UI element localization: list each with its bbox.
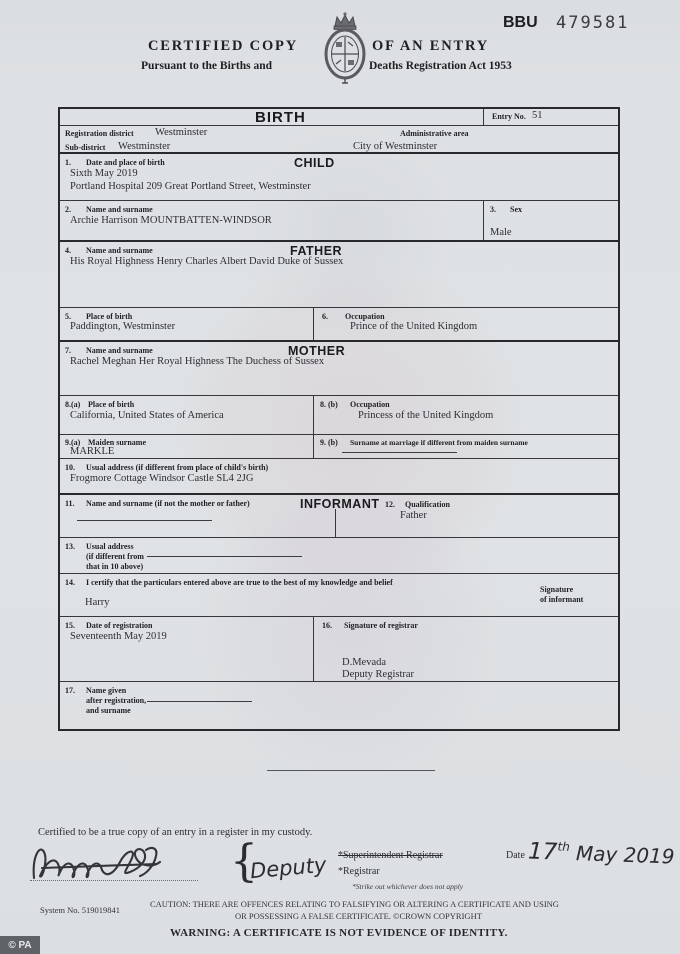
row-7-label: Name and surname [86, 346, 153, 355]
row-13-number: 13. [65, 542, 75, 551]
row-1-label: Date and place of birth [86, 158, 165, 167]
row-15-16-registration: 15. Date of registration Seventeenth May… [60, 617, 618, 682]
row-12-number: 12. [385, 500, 395, 509]
row-8-birthplace-occupation: 8.(a) Place of birth California, United … [60, 396, 618, 435]
row-2-number: 2. [65, 205, 71, 214]
row-12-value: Father [400, 510, 427, 521]
row-1-number: 1. [65, 158, 71, 167]
row-10-label: Usual address (if different from place o… [86, 463, 268, 472]
date-label: Date [506, 850, 525, 861]
row-13-blank-line [147, 555, 302, 557]
row-8b-value: Princess of the United Kingdom [358, 410, 493, 421]
row-6-label: Occupation [345, 312, 385, 321]
divider [483, 201, 484, 240]
row-7-number: 7. [65, 346, 71, 355]
row-11-12-informant: 11. Name and surname (if not the mother … [60, 495, 618, 538]
row-sub-district: Sub-district Westminster City of Westmin… [60, 140, 618, 154]
row-9b-number: 9. (b) [320, 438, 338, 447]
row-14-number: 14. [65, 578, 75, 587]
row-11-label: Name and surname (if not the mother or f… [86, 499, 250, 508]
row-2-value: Archie Harrison MOUNTBATTEN-WINDSOR [70, 215, 272, 226]
birth-certificate-page: CERTIFIED COPY Pursuant to the Births an… [0, 0, 680, 954]
date-handwritten: 17th May 2019 [528, 838, 675, 869]
row-14-label: I certify that the particulars entered a… [86, 578, 393, 587]
serial-number: 479581 [556, 13, 629, 33]
administrative-area-value: City of Westminster [353, 141, 437, 152]
row-17-label-line3: and surname [86, 706, 131, 715]
pa-credit-badge: © PA [0, 936, 40, 954]
royal-coat-of-arms-icon [315, 10, 375, 93]
row-1-place: Portland Hospital 209 Great Portland Str… [70, 181, 311, 192]
caution-line-2: OR POSSESSING A FALSE CERTIFICATE. ©CROW… [235, 911, 482, 921]
section-child: CHILD [294, 156, 335, 170]
row-13-usual-address: 13. Usual address (if different from tha… [60, 538, 618, 574]
sub-district-label: Sub-district [65, 143, 105, 152]
caution-line-1: CAUTION: THERE ARE OFFENCES RELATING TO … [150, 899, 559, 909]
row-10-number: 10. [65, 463, 75, 472]
registrar-label: *Registrar [338, 866, 380, 877]
row-17-number: 17. [65, 686, 75, 695]
divider [335, 509, 336, 537]
row-title: BIRTH Entry No. 51 [60, 109, 618, 126]
row-13-label-line3: that in 10 above) [86, 562, 143, 571]
row-4-label: Name and surname [86, 246, 153, 255]
strike-out-note: *Strike out whichever does not apply [352, 882, 463, 891]
warning-text: WARNING: A CERTIFICATE IS NOT EVIDENCE O… [170, 927, 508, 939]
entry-no-label: Entry No. [492, 112, 526, 121]
row-17-name-given: 17. Name given after registration, and s… [60, 682, 618, 729]
divider [313, 396, 314, 434]
row-5-6-birth-occupation: 5. Place of birth Paddington, Westminste… [60, 308, 618, 342]
row-6-number: 6. [322, 312, 328, 321]
deputy-handwritten: Deputy [249, 853, 327, 884]
signature-dotted-line [30, 880, 198, 881]
registration-district-label: Registration district [65, 129, 134, 138]
row-3-number: 3. [490, 205, 496, 214]
divider [483, 109, 484, 125]
date-month-year: May 2019 [569, 841, 675, 869]
row-1-date: Sixth May 2019 [70, 168, 138, 179]
header-pursuant: Pursuant to the Births and [141, 60, 272, 72]
row-9a-value: MARKLE [70, 446, 114, 457]
row-10-value: Frogmore Cottage Windsor Castle SL4 2JG [70, 473, 253, 484]
row-2-3-name-sex: 2. Name and surname Archie Harrison MOUN… [60, 201, 618, 242]
row-3-label: Sex [510, 205, 522, 214]
row-14-value: Harry [85, 597, 110, 608]
row-9-maiden-surname: 9.(a) Maiden surname MARKLE 9. (b) Surna… [60, 435, 618, 459]
row-6-value: Prince of the United Kingdom [350, 321, 477, 332]
row-15-number: 15. [65, 621, 75, 630]
row-10-usual-address: 10. Usual address (if different from pla… [60, 459, 618, 495]
row-13-label-line1: Usual address [86, 542, 134, 551]
registration-district-value: Westminster [155, 127, 207, 138]
row-9b-label: Surname at marriage if different from ma… [350, 438, 528, 447]
row-14-signature-label-2: of informant [540, 595, 583, 604]
date-day: 17 [528, 838, 558, 865]
header-of-an-entry: OF AN ENTRY [372, 38, 489, 55]
row-8a-label: Place of birth [88, 400, 134, 409]
row-4-value: His Royal Highness Henry Charles Albert … [70, 256, 343, 267]
row-16-registrar-title: Deputy Registrar [342, 669, 414, 680]
row-9b-blank-line [342, 451, 457, 453]
certify-statement: Certified to be a true copy of an entry … [38, 827, 312, 838]
row-8a-value: California, United States of America [70, 410, 224, 421]
row-1-date-place-of-birth: 1. Date and place of birth CHILD Sixth M… [60, 154, 618, 201]
row-3-value: Male [490, 227, 512, 238]
administrative-area-label: Administrative area [400, 129, 469, 138]
row-12-label: Qualification [405, 500, 450, 509]
row-17-blank-line [147, 700, 252, 702]
row-4-father-name: 4. Name and surname FATHER His Royal Hig… [60, 242, 618, 308]
row-5-number: 5. [65, 312, 71, 321]
row-16-registrar-name: D.Mevada [342, 657, 386, 668]
row-16-label: Signature of registrar [344, 621, 418, 630]
row-7-value: Rachel Meghan Her Royal Highness The Duc… [70, 356, 324, 367]
row-8b-number: 8. (b) [320, 400, 338, 409]
row-11-blank-line [77, 519, 212, 521]
divider [313, 435, 314, 458]
row-2-label: Name and surname [86, 205, 153, 214]
row-registration-district: Registration district Westminster Admini… [60, 126, 618, 140]
registrar-signature-scribble-icon [28, 838, 218, 895]
row-5-value: Paddington, Westminster [70, 321, 175, 332]
row-4-number: 4. [65, 246, 71, 255]
divider [313, 617, 314, 681]
date-ordinal: th [557, 839, 570, 853]
superintendent-registrar-label: *Superintendent Registrar [338, 850, 443, 861]
row-13-label-line2: (if different from [86, 552, 144, 561]
row-17-label-line2: after registration, [86, 696, 146, 705]
row-15-label: Date of registration [86, 621, 153, 630]
row-7-mother-name: 7. Name and surname MOTHER Rachel Meghan… [60, 342, 618, 396]
row-17-label-line1: Name given [86, 686, 126, 695]
section-informant: INFORMANT [300, 497, 380, 511]
separator-line [267, 770, 435, 771]
row-8b-label: Occupation [350, 400, 390, 409]
sub-district-value: Westminster [118, 141, 170, 152]
row-5-label: Place of birth [86, 312, 132, 321]
form-title: BIRTH [255, 109, 306, 126]
row-15-value: Seventeenth May 2019 [70, 631, 167, 642]
header-deaths-act: Deaths Registration Act 1953 [369, 60, 512, 72]
certificate-table: BIRTH Entry No. 51 Registration district… [58, 107, 620, 731]
row-8a-number: 8.(a) [65, 400, 80, 409]
header-certified-copy: CERTIFIED COPY [148, 38, 298, 55]
serial-prefix: BBU [503, 14, 538, 32]
entry-no-value: 51 [532, 110, 543, 121]
system-number: System No. 519019841 [40, 905, 120, 915]
row-14-signature-label-1: Signature [540, 585, 573, 594]
row-11-number: 11. [65, 499, 75, 508]
divider [313, 308, 314, 340]
row-16-number: 16. [322, 621, 332, 630]
row-14-certify: 14. I certify that the particulars enter… [60, 574, 618, 617]
